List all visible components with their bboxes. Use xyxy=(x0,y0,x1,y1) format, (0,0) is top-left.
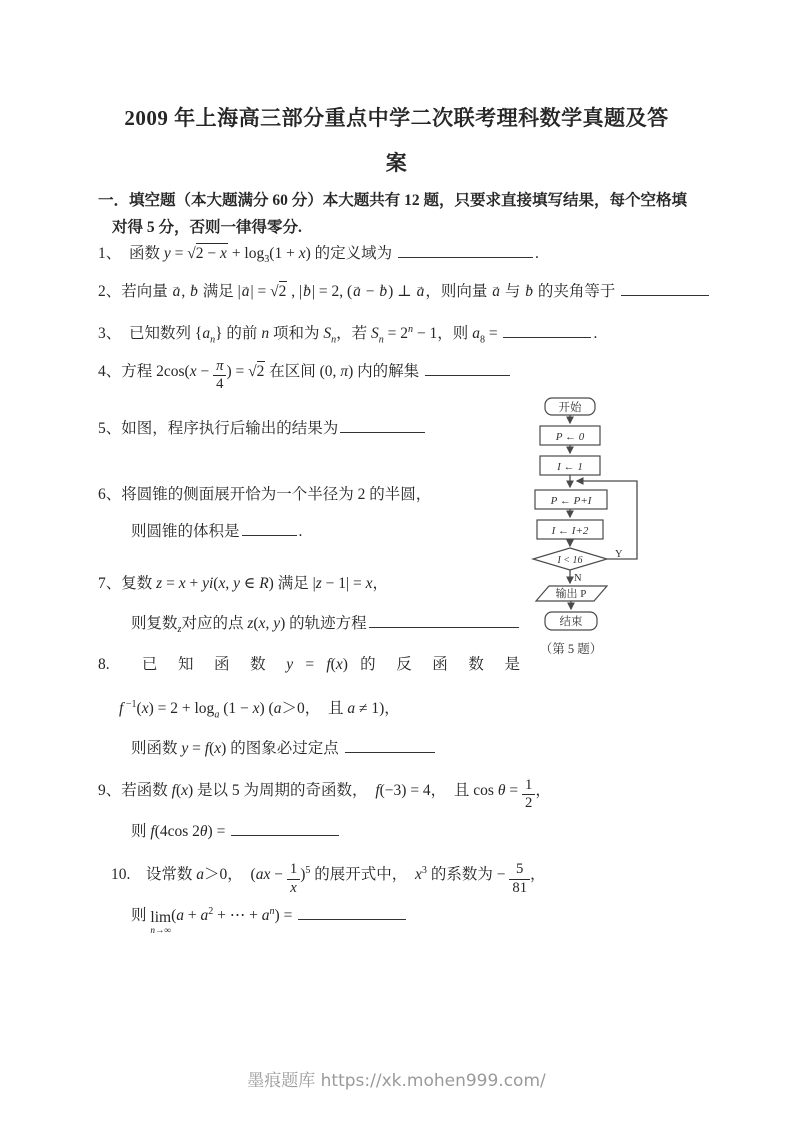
question-8-line-1: 8. 已 知 函 数 y = f(x) 的 反 函 数 是 xyxy=(98,654,520,676)
section-1-heading: 一．填空题（本大题满分 60 分）本大题共有 12 题，只要求直接填写结果，每个… xyxy=(98,187,702,241)
footer-watermark: 墨痕题库 https://xk.mohen999.com/ xyxy=(0,1066,793,1091)
question-3: 3、 已知数列 {an} 的前 n 项和为 Sn，若 Sn = 2n − 1，则… xyxy=(98,319,597,351)
question-9-line-1: 9、若函数 f(x) 是以 5 为周期的奇函数， f(−3) = 4， 且 co… xyxy=(98,778,551,812)
flow-accumulate-label: P ← P+I xyxy=(550,495,593,507)
question-8-line-2: f −1(x) = 2 + loga (1 − x) (a＞0， 且 a ≠ 1… xyxy=(119,694,400,726)
flow-init-i-label: I ← 1 xyxy=(556,461,583,473)
question-7-line-2: 则复数z对应的点 z(x, y) 的轨迹方程 xyxy=(131,613,521,641)
question-6-line-2: 则圆锥的体积是. xyxy=(131,521,302,543)
flow-no-label: N xyxy=(574,573,582,584)
question-9-line-2: 则 f(4cos 2θ) = xyxy=(131,821,341,843)
question-10-line-1: 10. 设常数 a＞0， (ax − 1x)5 的展开式中， x3 的系数为 −… xyxy=(111,860,546,896)
question-10-line-2: 则 limn→∞(a + a2 + ⋯ + an) = xyxy=(131,901,408,936)
flow-increment-label: I ← I+2 xyxy=(551,525,589,537)
question-5: 5、如图，程序执行后输出的结果为 xyxy=(98,418,427,440)
flow-end-label: 结束 xyxy=(560,614,583,628)
question-7-line-1: 7、复数 z = x + yi(x, y ∈ R) 满足 |z − 1| = x… xyxy=(98,573,388,595)
flow-yes-label: Y xyxy=(615,549,623,560)
question-6-line-1: 6、将圆锥的侧面展开恰为一个半径为 2 的半圆， xyxy=(98,484,431,506)
flow-start-label: 开始 xyxy=(559,400,582,414)
question-2: 2、若向量 a, b 满足 |a| = √2 , |b| = 2, (a − b… xyxy=(98,281,711,303)
flowchart-question-5: 开始 P ← 0 I ← 1 P ← P+I I ← I+2 I < 16 Y … xyxy=(515,396,695,666)
flow-output-label: 输出 P xyxy=(556,586,587,600)
flowchart-caption: （第 5 题） xyxy=(540,642,603,656)
flow-init-p-label: P ← 0 xyxy=(555,431,585,443)
question-1: 1、 函数 y = √2 − x + log3(1 + x) 的定义域为 . xyxy=(98,243,539,271)
document-title: 2009 年上海高三部分重点中学二次联考理科数学真题及答案 xyxy=(124,96,669,186)
exam-document-page: 2009 年上海高三部分重点中学二次联考理科数学真题及答案 一．填空题（本大题满… xyxy=(0,0,793,1122)
question-8-line-3: 则函数 y = f(x) 的图象必过定点 xyxy=(131,738,437,760)
flow-condition-label: I < 16 xyxy=(556,555,582,566)
question-4: 4、方程 2cos(x − π4) = √2 在区间 (0, π) 内的解集 xyxy=(98,359,512,393)
